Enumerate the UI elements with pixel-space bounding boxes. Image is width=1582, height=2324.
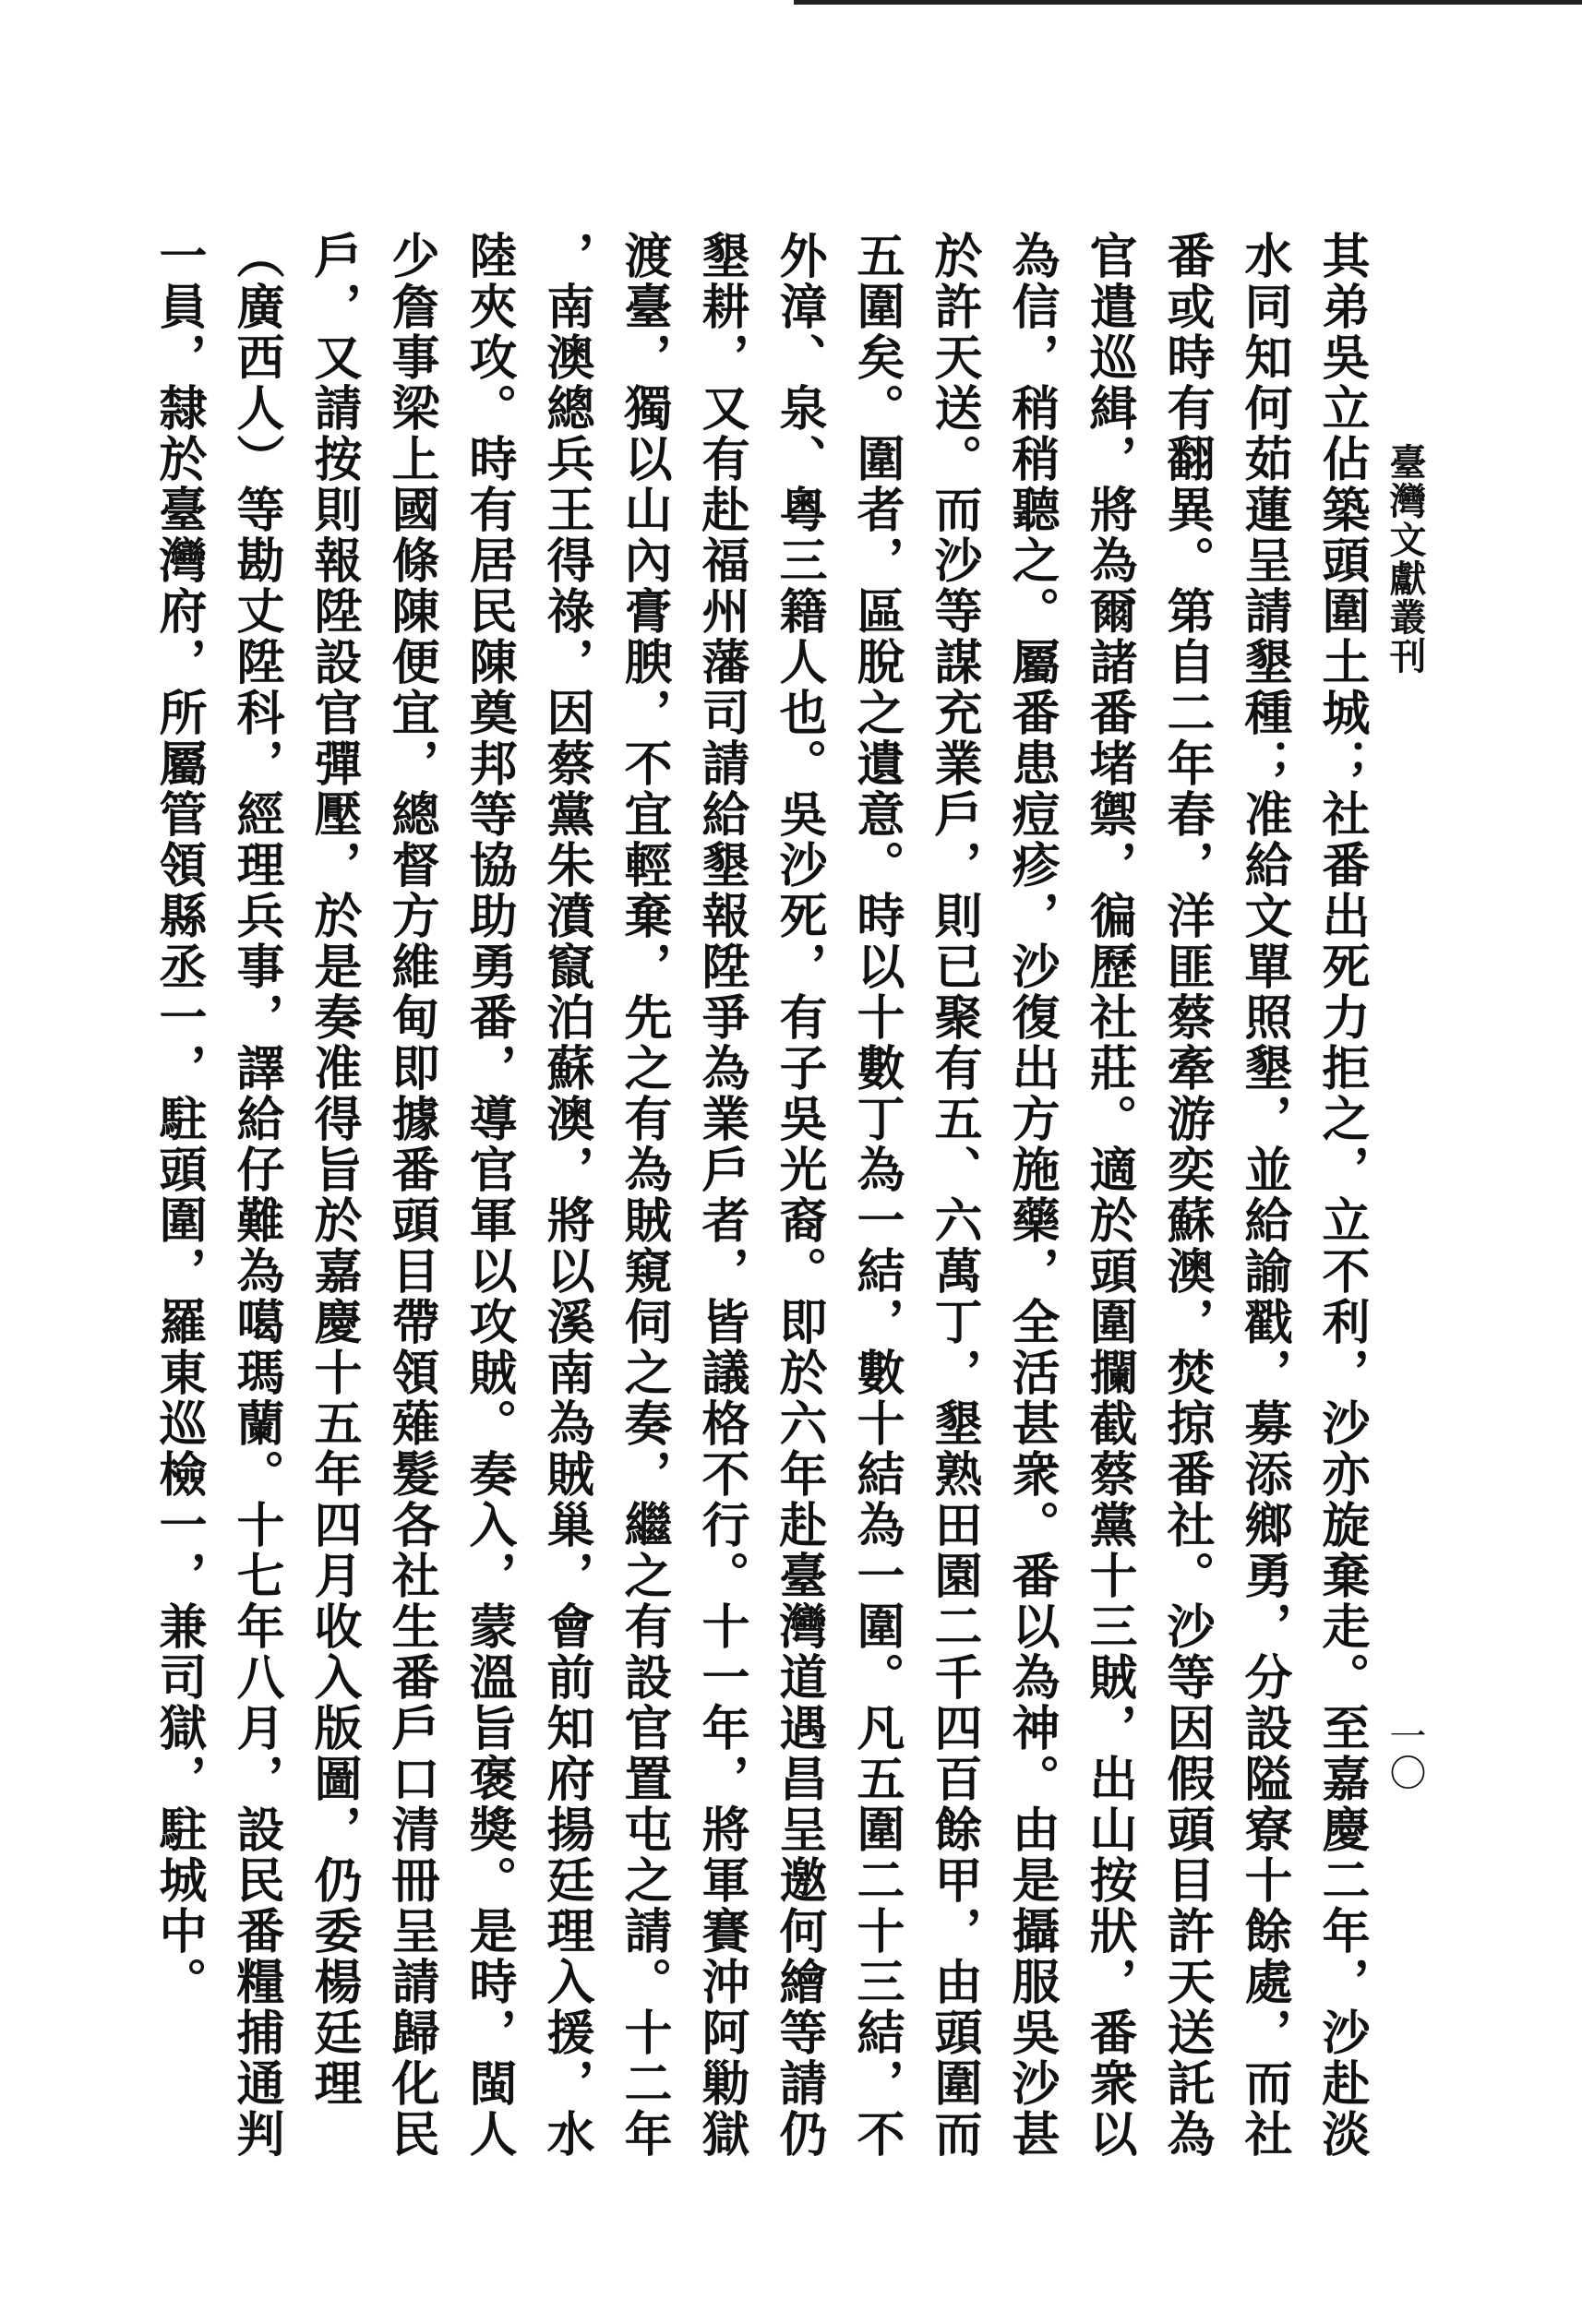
body-text: 其弟吳立佔築頭圍土城；社番出死力拒之，立不利，沙亦旋棄走。至嘉慶二年，沙赴淡 水… bbox=[125, 231, 1365, 2160]
text-column: 番或時有翻異。第自二年春，洋匪蔡牽游奕蘇澳，焚掠番社。沙等因假頭目許天送託為 bbox=[1162, 231, 1210, 2160]
text-column: ，南澳總兵王得祿，因蔡黨朱濆竄泊蘇澳，將以溪南為賊巢，會前知府揚廷理入援，水 bbox=[542, 231, 590, 2160]
page-number: 一〇 bbox=[1383, 1717, 1427, 1791]
text-column: 戶，又請按則報陞設官彈壓，於是奏准得旨於嘉慶十五年四月收入版圖，仍委楊廷理 bbox=[309, 231, 357, 2160]
text-column: （廣西人）等勘丈陞科，經理兵事，譯給仔難為噶瑪蘭。十七年八月，設民番糧捕通判 bbox=[232, 231, 280, 2160]
text-column: 官遣巡緝，將為爾諸番堵禦，徧歷社莊。適於頭圍攔截蔡黨十三賊，出山按狀，番衆以 bbox=[1085, 231, 1133, 2160]
text-column: 陸夾攻。時有居民陳奠邦等協助勇番，導官軍以攻賊。奏入，蒙溫旨褒獎。是時，閩人 bbox=[464, 231, 512, 2160]
text-column: 五圍矣。圍者，區脫之遺意。時以十數丁為一結，數十結為一圍。凡五圍二十三結，不 bbox=[852, 231, 900, 2160]
text-column: 外漳、泉、粵三籍人也。吳沙死，有子吳光裔。即於六年赴臺灣道遇昌呈邀何繪等請仍 bbox=[774, 231, 822, 2160]
text-column: 渡臺，獨以山內膏腴，不宜輕棄，先之有為賊窺伺之奏，繼之有設官置屯之請。十二年 bbox=[619, 231, 667, 2160]
text-column: 少詹事梁上國條陳便宜，總督方維甸即據番頭目帶領薙髮各社生番戶口清冊呈請歸化民 bbox=[387, 231, 435, 2160]
text-column: 一員，隸於臺灣府，所屬管領縣丞一，駐頭圍，羅東巡檢一，兼司獄，駐城中。 bbox=[154, 231, 202, 2160]
text-column: 墾耕，又有赴福州藩司請給墾報陞爭為業戶者，皆議格不行。十一年，將軍賽沖阿勦獄 bbox=[697, 231, 745, 2160]
text-column: 水同知何茹蓮呈請墾種；准給文單照墾，並給諭戳，募添鄉勇，分設隘寮十餘處，而社 bbox=[1240, 231, 1288, 2160]
text-column: 為信，稍稍聽之。屬番患痘疹，沙復出方施藥，全活甚衆。番以為神。由是攝服吳沙甚 bbox=[1007, 231, 1055, 2160]
top-border-line bbox=[794, 0, 1582, 5]
running-header: 臺灣文獻叢刊 bbox=[1383, 443, 1427, 676]
text-column: 其弟吳立佔築頭圍土城；社番出死力拒之，立不利，沙亦旋棄走。至嘉慶二年，沙赴淡 bbox=[1317, 231, 1365, 2160]
text-column: 於許天送。而沙等謀充業戶，則已聚有五、六萬丁，墾熟田園二千四百餘甲，由頭圍而 bbox=[929, 231, 977, 2160]
